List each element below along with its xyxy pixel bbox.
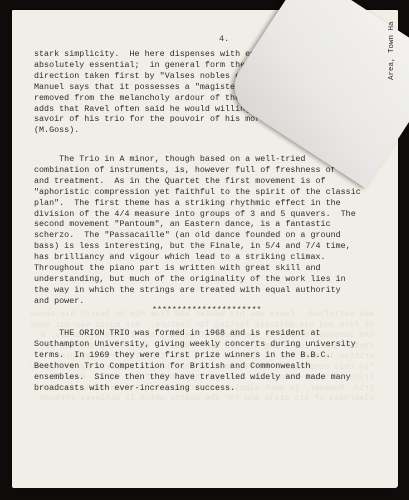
asterisk-separator: ********************** [152, 306, 262, 315]
paragraph-trio-a-minor: The Trio in A minor, though based on a w… [34, 154, 361, 307]
document-scan: was satisfied. Faure was his master and … [0, 0, 409, 500]
paragraph-orion-trio: THE ORION TRIO was formed in 1968 and is… [34, 328, 356, 393]
page-number: 4. [219, 34, 229, 44]
folded-sheet-text: Area, Town Ha [388, 0, 396, 80]
